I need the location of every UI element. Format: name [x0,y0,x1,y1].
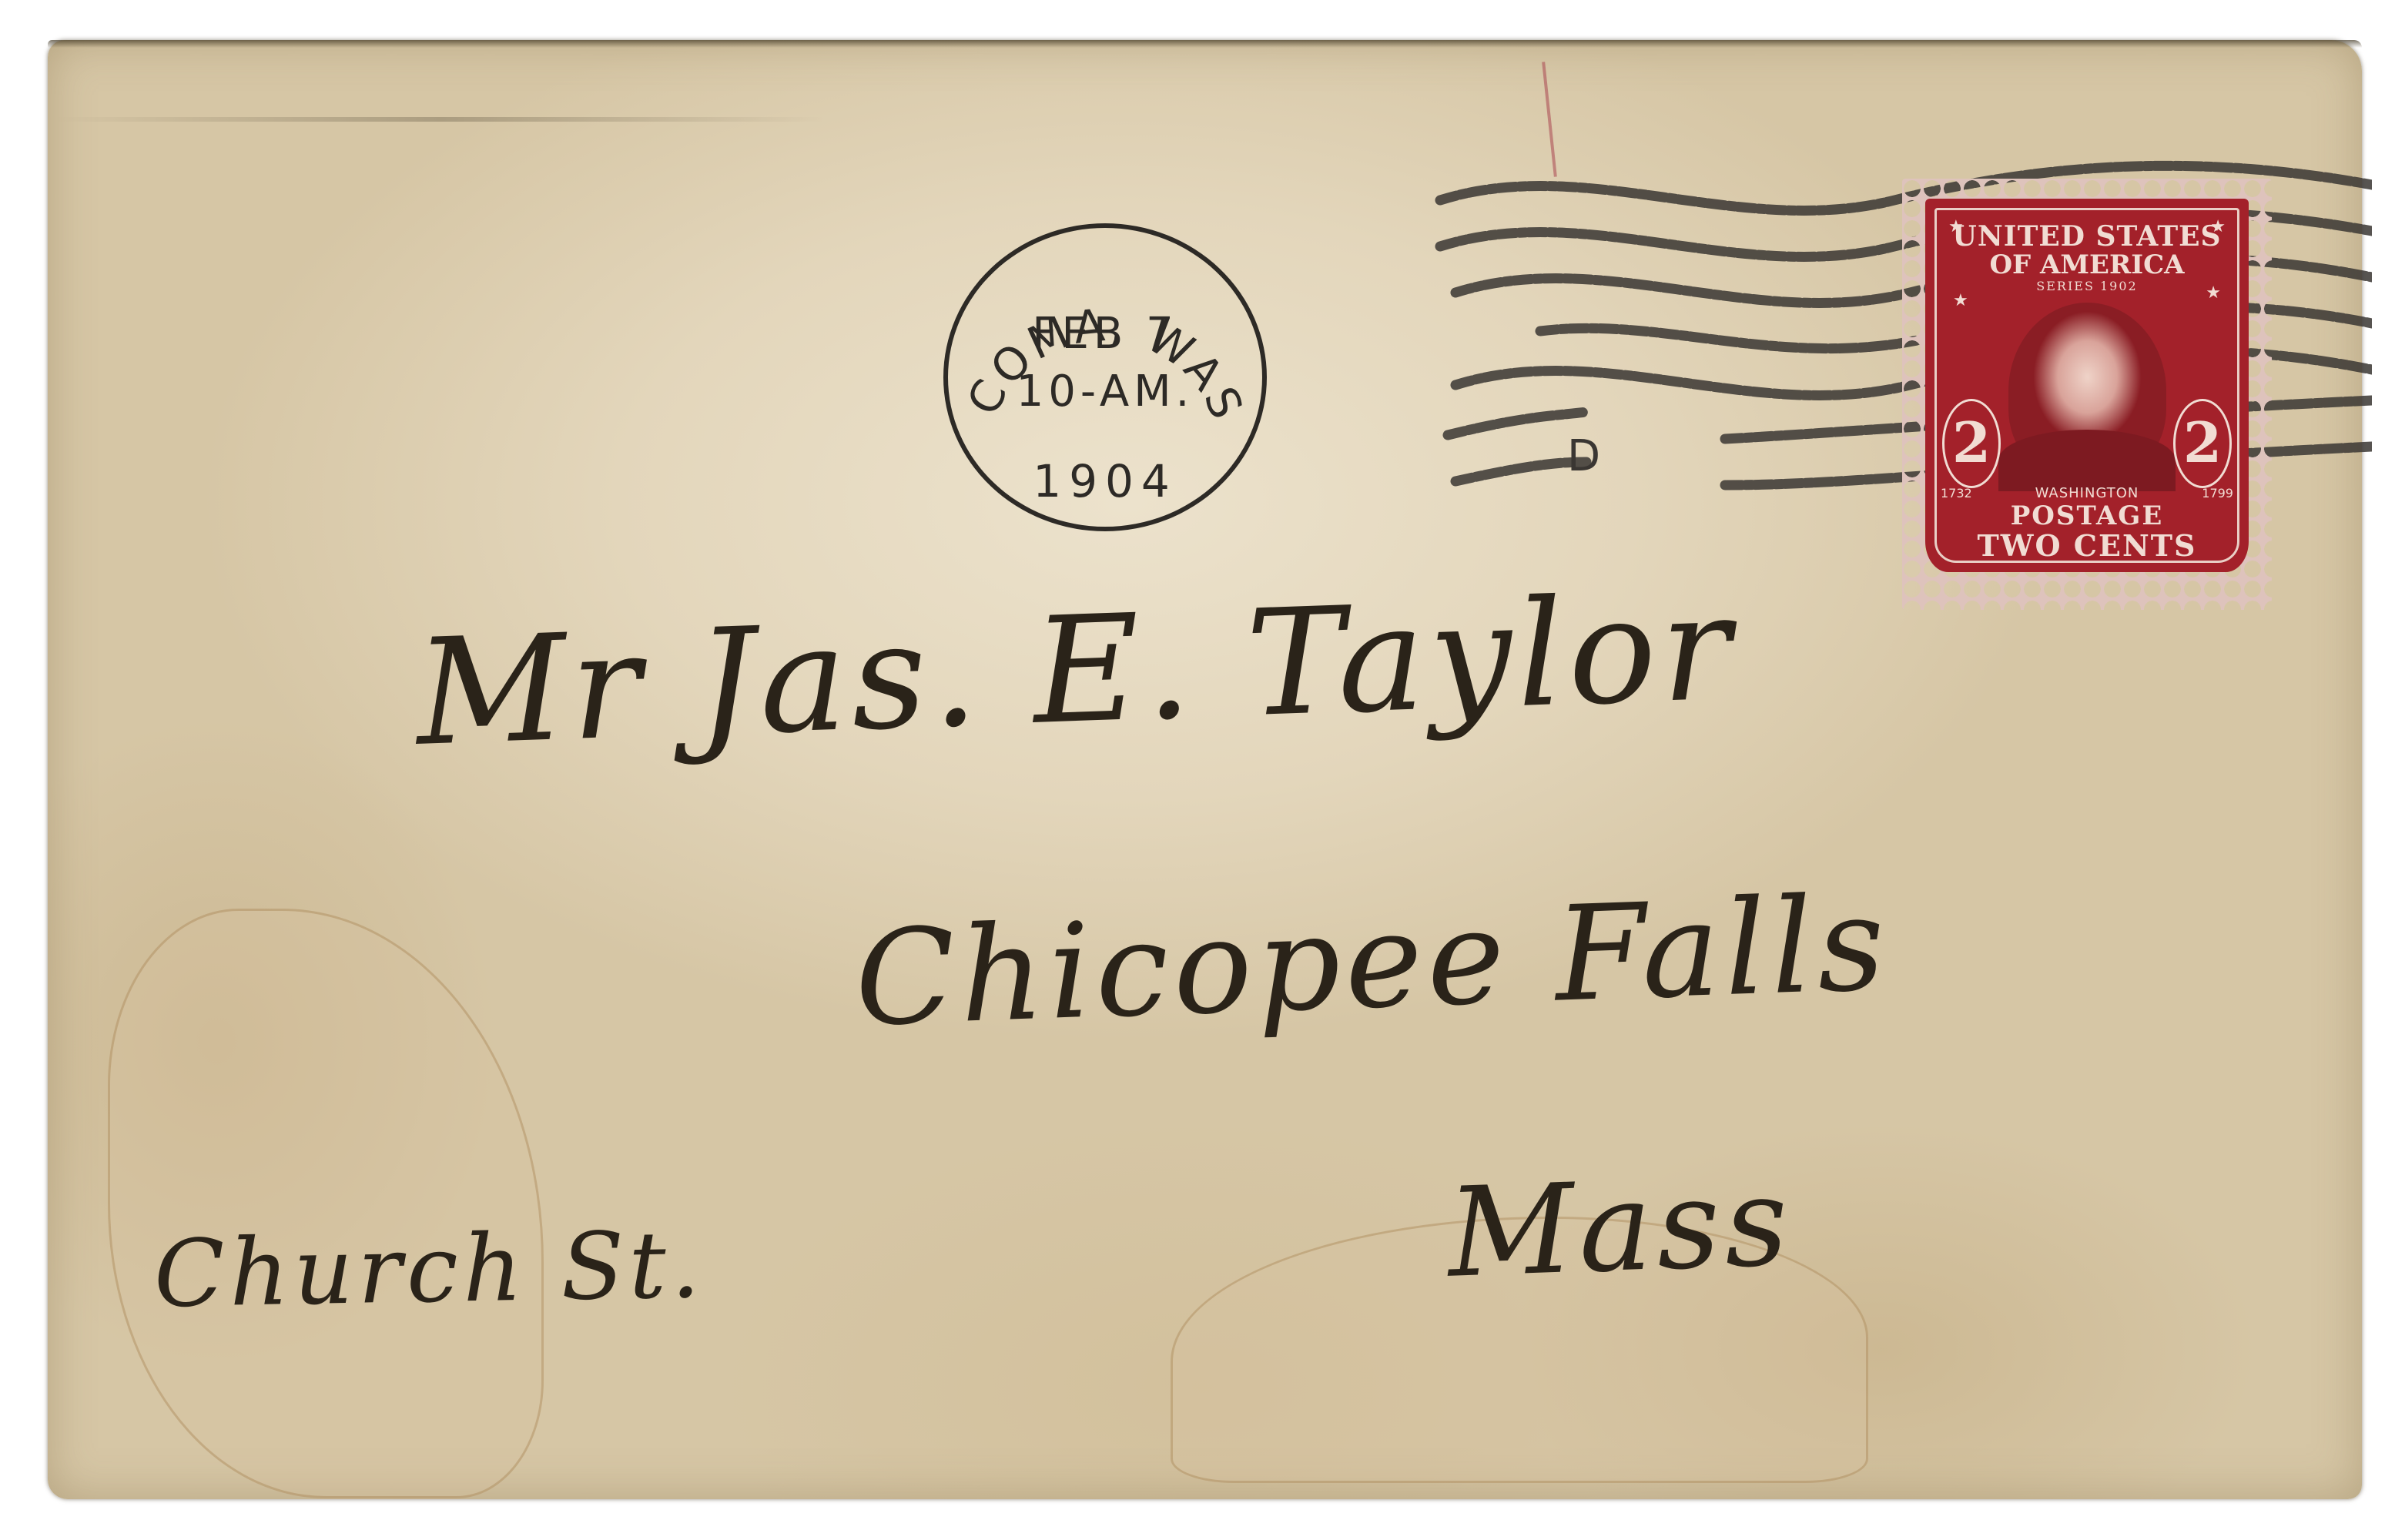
stamp-name-ribbon: 1732 WASHINGTON 1799 [1941,485,2233,501]
postmark-date: FEB 7 [948,309,1262,359]
postmark-time: 10-AM. [948,367,1262,417]
stamp-value-right: 2 [2173,399,2232,488]
postage-stamp: ★ ★ ★ ★ UNITED STATES OF AMERICA SERIES … [1925,199,2249,572]
envelope-top-edge [48,40,2362,48]
stamp-name: WASHINGTON [2035,485,2139,501]
stamp-country-line1: UNITED STATES [1925,220,2249,253]
stamp-death-year: 1799 [2202,486,2233,500]
recipient-street: Church St. [153,1212,705,1328]
stamp-series: SERIES 1902 [1925,279,2249,293]
portrait-coat [1998,430,2176,491]
cancel-letter: D [1567,431,1600,481]
postmark: TACOMA, WASH. FEB 7 10-AM. 1904 [943,223,1267,531]
star-icon: ★ [1953,291,1968,310]
stamp-country-line2: OF AMERICA [1925,249,2249,280]
stamp-value-left: 2 [1942,399,2001,488]
recipient-state: Mass [1445,1149,1795,1305]
stamp-denomination: TWO CENTS [1925,528,2249,563]
flap-crease [55,117,826,122]
stamp-birth-year: 1732 [1941,486,1972,500]
postmark-year: 1904 [948,455,1262,507]
stamp-postage-label: POSTAGE [1925,500,2249,531]
